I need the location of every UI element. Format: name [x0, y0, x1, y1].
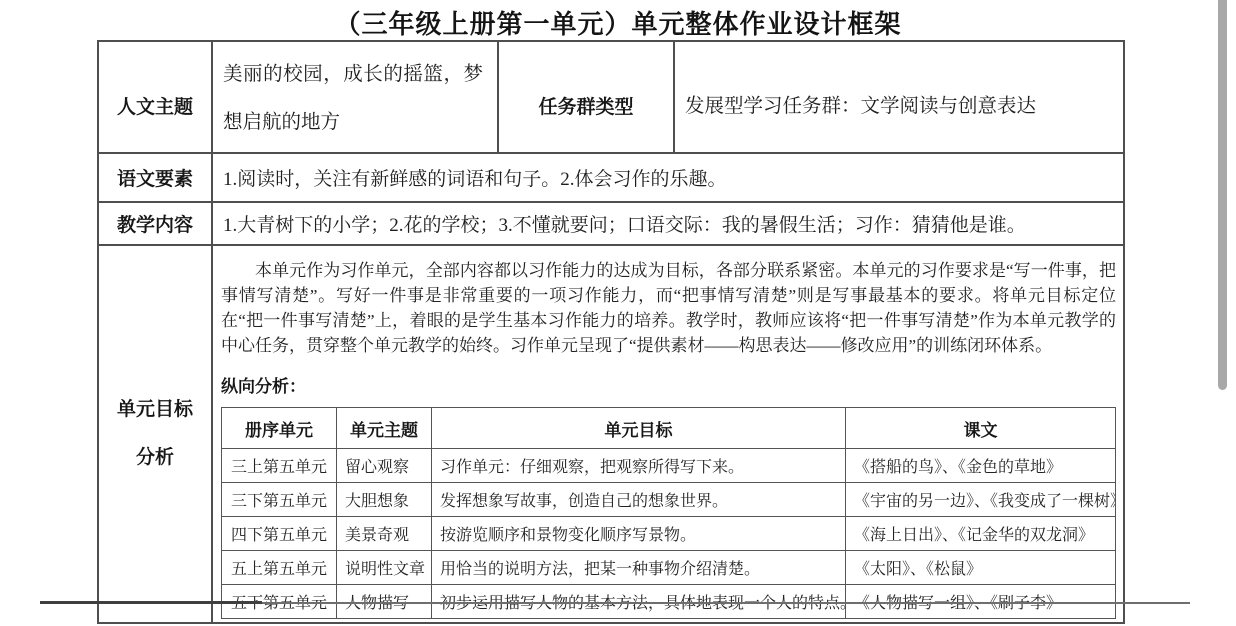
cell-unit-goal: 习作单元：仔细观察，把观察所得写下来。 [432, 449, 846, 483]
header-texts: 课文 [846, 408, 1116, 449]
cell-unit-goal: 用恰当的说明方法，把某一种事物介绍清楚。 [432, 551, 846, 585]
page-bottom-edge-dark-segment [40, 601, 262, 604]
vertical-scrollbar-thumb[interactable] [1218, 0, 1227, 390]
cell-volume-unit: 五上第五单元 [222, 551, 337, 585]
inner-table-row: 五上第五单元 说明性文章 用恰当的说明方法，把某一种事物介绍清楚。 《太阳》、《… [222, 551, 1116, 585]
framework-table: 人文主题 美丽的校园，成长的摇篮，梦想启航的地方 任务群类型 发展型学习任务群：… [97, 40, 1125, 624]
unit-goal-paragraph: 本单元作为习作单元，全部内容都以习作能力的达成为目标，各部分联系紧密。本单元的习… [213, 249, 1123, 358]
humanistic-theme-label: 人文主题 [98, 41, 212, 153]
unit-goal-analysis-label: 单元目标 分析 [98, 245, 212, 623]
language-elements-value: 1.阅读时，关注有新鲜感的词语和句子。2.体会习作的乐趣。 [213, 164, 1123, 191]
inner-table-row: 三下第五单元 大胆想象 发挥想象写故事，创造自己的想象世界。 《宇宙的另一边》、… [222, 483, 1116, 517]
unit-goal-label-line2: 分析 [99, 434, 211, 482]
table-row: 人文主题 美丽的校园，成长的摇篮，梦想启航的地方 任务群类型 发展型学习任务群：… [98, 41, 1124, 153]
cell-unit-theme: 说明性文章 [337, 551, 432, 585]
cell-unit-theme: 美景奇观 [337, 517, 432, 551]
teaching-content-cell: 1.大青树下的小学；2.花的学校；3.不懂就要问；口语交际：我的暑假生活；习作：… [212, 202, 1124, 245]
cell-texts: 《宇宙的另一边》、《我变成了一棵树》 [846, 483, 1116, 517]
cell-volume-unit: 四下第五单元 [222, 517, 337, 551]
cell-texts: 《太阳》、《松鼠》 [846, 551, 1116, 585]
table-row: 语文要素 1.阅读时，关注有新鲜感的词语和句子。2.体会习作的乐趣。 [98, 153, 1124, 202]
vertical-analysis-table: 册序单元 单元主题 单元目标 课文 三上第五单元 留心观察 习作单元：仔细观察，… [221, 407, 1116, 619]
cell-texts: 《海上日出》、《记金华的双龙洞》 [846, 517, 1116, 551]
humanistic-theme-cell: 美丽的校园，成长的摇篮，梦想启航的地方 [212, 41, 498, 153]
language-elements-label: 语文要素 [98, 153, 212, 202]
language-elements-cell: 1.阅读时，关注有新鲜感的词语和句子。2.体会习作的乐趣。 [212, 153, 1124, 202]
header-volume-unit: 册序单元 [222, 408, 337, 449]
inner-table-row: 三上第五单元 留心观察 习作单元：仔细观察，把观察所得写下来。 《搭船的鸟》、《… [222, 449, 1116, 483]
document-page: （三年级上册第一单元）单元整体作业设计框架 人文主题 美丽的校园，成长的摇篮，梦… [0, 0, 1236, 626]
cell-volume-unit: 三下第五单元 [222, 483, 337, 517]
humanistic-theme-value: 美丽的校园，成长的摇篮，梦想启航的地方 [213, 47, 497, 147]
teaching-content-label: 教学内容 [98, 202, 212, 245]
header-unit-goal: 单元目标 [432, 408, 846, 449]
cell-volume-unit: 三上第五单元 [222, 449, 337, 483]
cell-unit-goal: 按游览顺序和景物变化顺序写景物。 [432, 517, 846, 551]
cell-unit-theme: 留心观察 [337, 449, 432, 483]
task-group-type-cell: 发展型学习任务群：文学阅读与创意表达 [674, 41, 1124, 153]
unit-goal-label-line1: 单元目标 [99, 386, 211, 434]
task-group-type-label: 任务群类型 [498, 41, 674, 153]
task-group-type-value: 发展型学习任务群：文学阅读与创意表达 [675, 76, 1123, 118]
cell-texts: 《搭船的鸟》、《金色的草地》 [846, 449, 1116, 483]
inner-table-row: 四下第五单元 美景奇观 按游览顺序和景物变化顺序写景物。 《海上日出》、《记金华… [222, 517, 1116, 551]
unit-goal-analysis-cell: 本单元作为习作单元，全部内容都以习作能力的达成为目标，各部分联系紧密。本单元的习… [212, 245, 1124, 623]
cell-unit-goal: 发挥想象写故事，创造自己的想象世界。 [432, 483, 846, 517]
teaching-content-value: 1.大青树下的小学；2.花的学校；3.不懂就要问；口语交际：我的暑假生活；习作：… [213, 210, 1123, 237]
cell-unit-theme: 大胆想象 [337, 483, 432, 517]
table-row: 单元目标 分析 本单元作为习作单元，全部内容都以习作能力的达成为目标，各部分联系… [98, 245, 1124, 623]
inner-table-header-row: 册序单元 单元主题 单元目标 课文 [222, 408, 1116, 449]
vertical-analysis-label: 纵向分析： [221, 372, 1123, 397]
header-unit-theme: 单元主题 [337, 408, 432, 449]
page-title: （三年级上册第一单元）单元整体作业设计框架 [0, 4, 1236, 41]
table-row: 教学内容 1.大青树下的小学；2.花的学校；3.不懂就要问；口语交际：我的暑假生… [98, 202, 1124, 245]
